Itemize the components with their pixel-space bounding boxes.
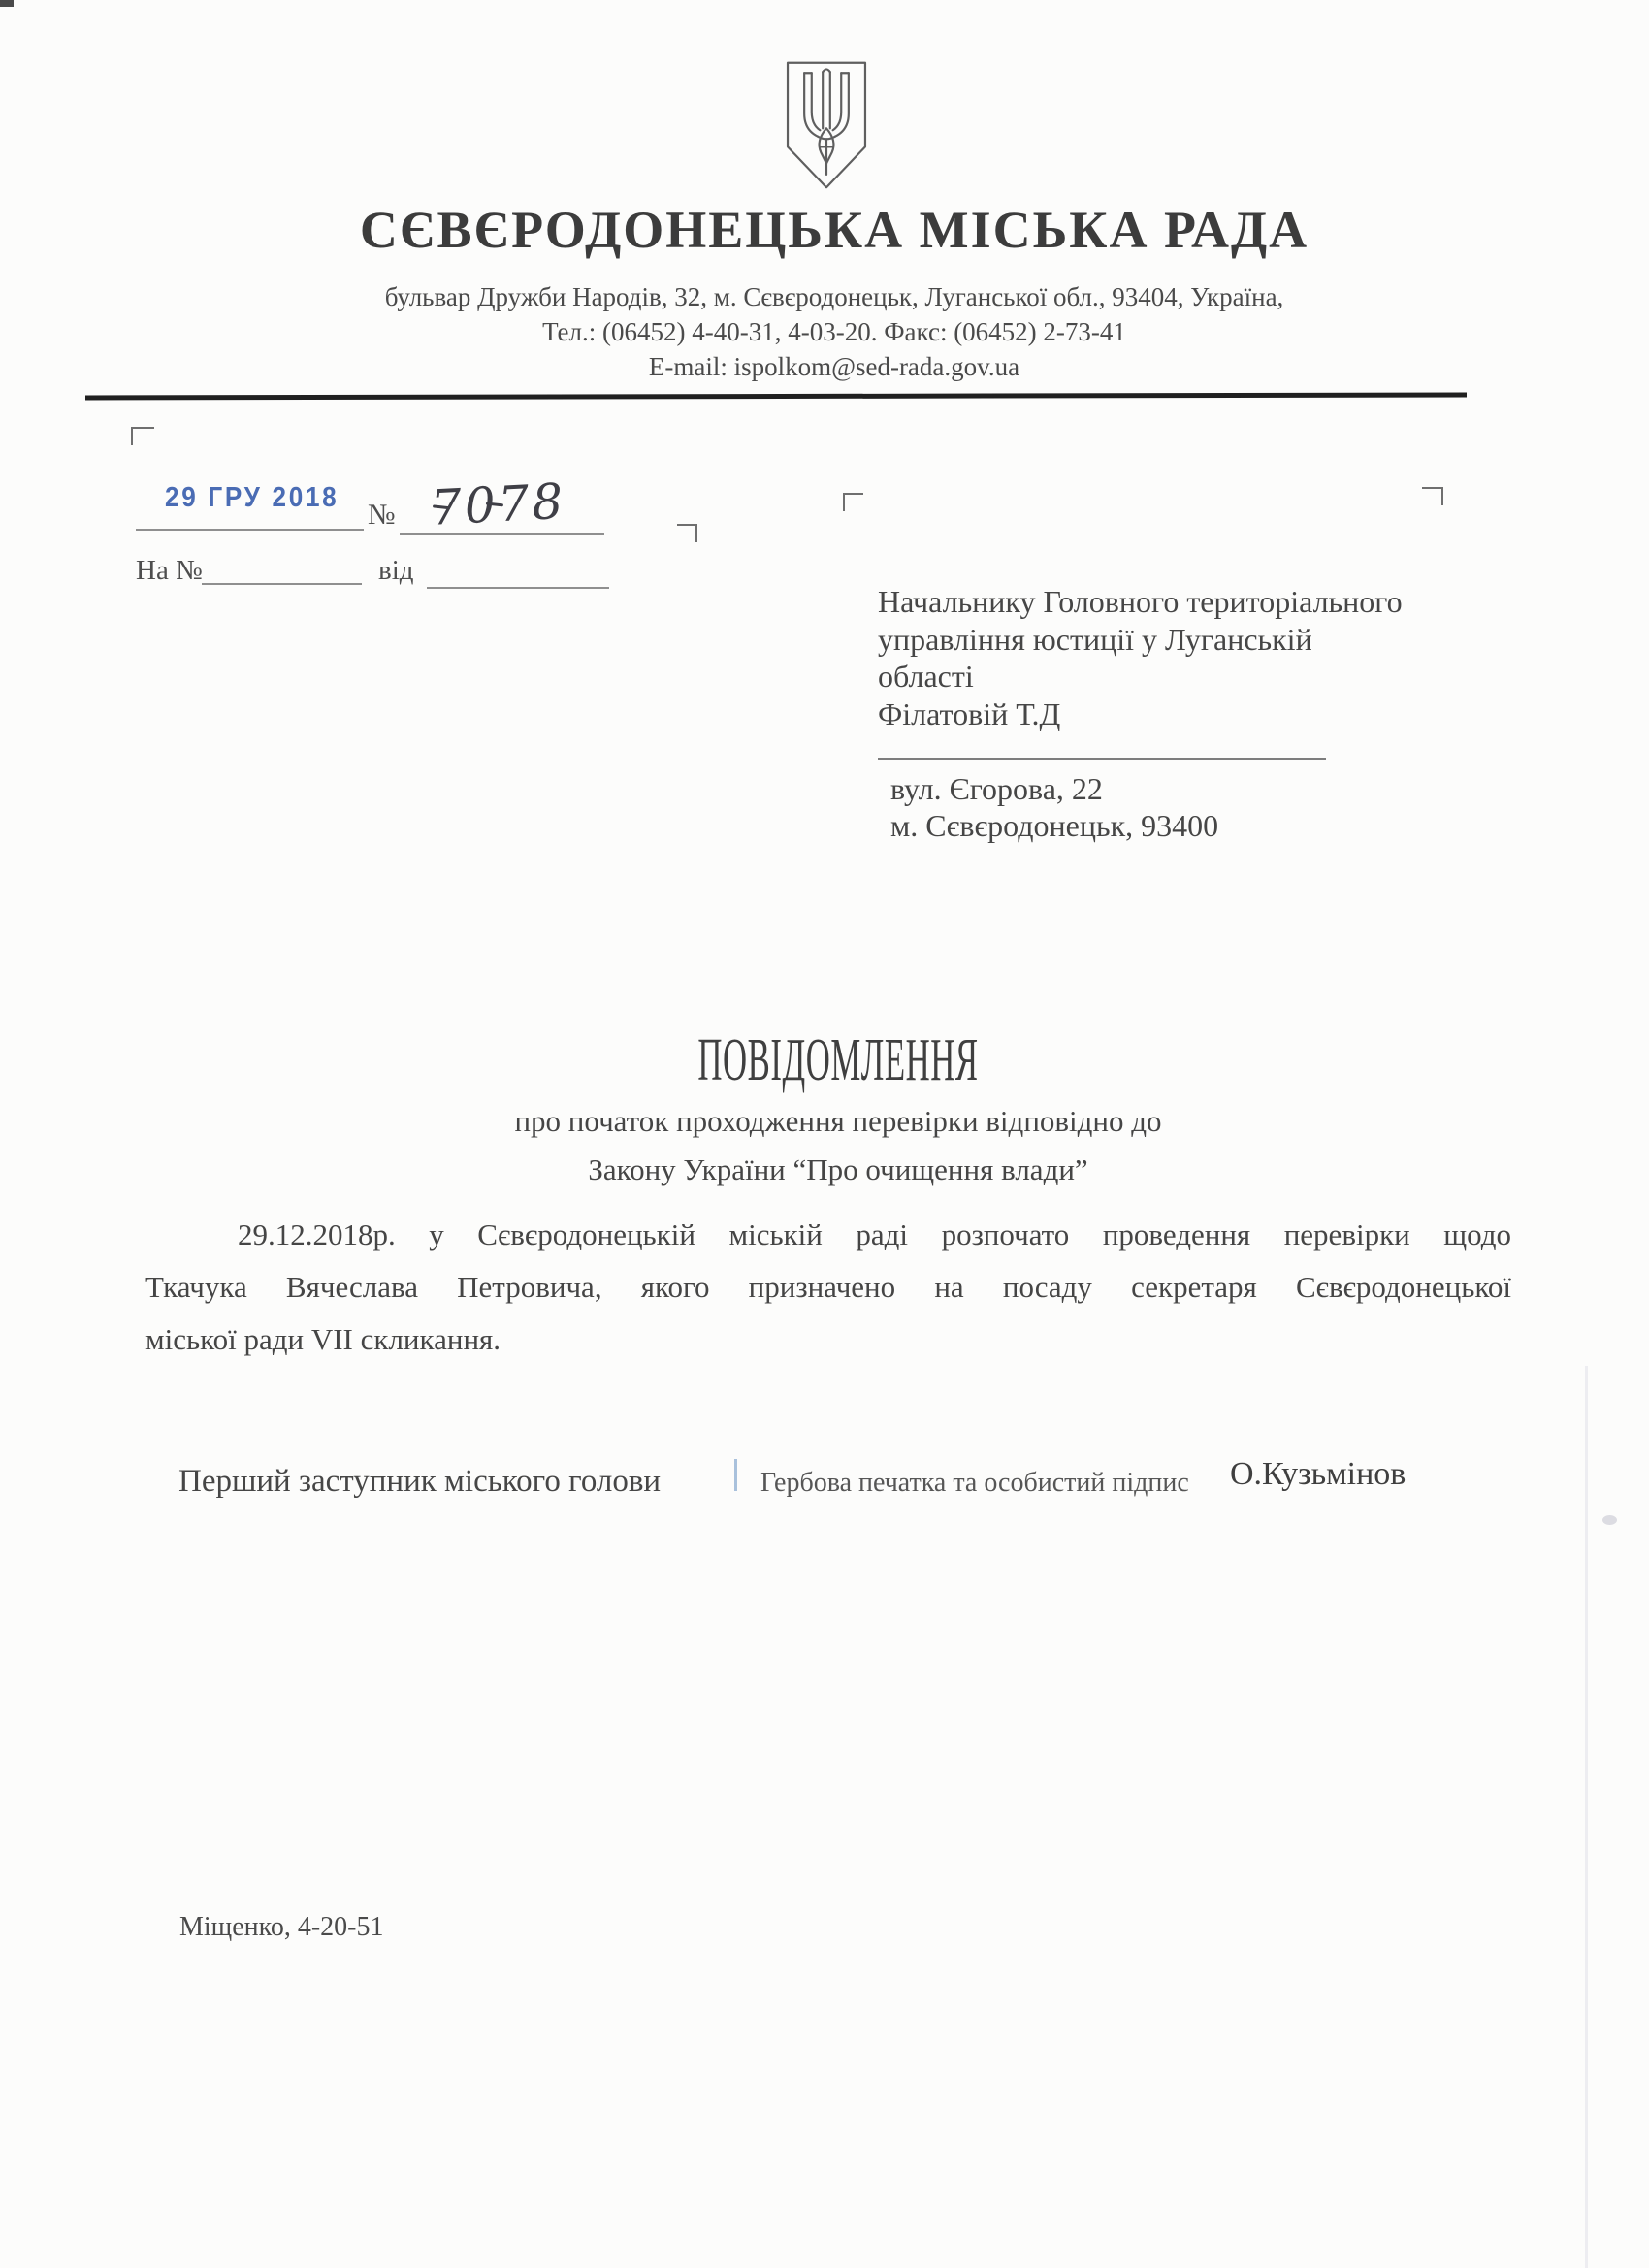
document-subtitle-line1: про початок проходження перевірки відпов…	[14, 1104, 1649, 1139]
recipient-line: області	[878, 658, 1479, 696]
incoming-number-label: На №	[136, 555, 203, 587]
tryzub-emblem-icon	[780, 58, 873, 192]
crop-corner-mark-recipient-left	[843, 493, 863, 511]
letterhead-address: бульвар Дружби Народів, 32, м. Сєвєродон…	[10, 279, 1649, 384]
document-subtitle-line2: Закону України “Про очищення влади”	[14, 1152, 1649, 1187]
scan-corner-artifact	[0, 0, 14, 7]
crop-corner-mark-number-zone	[677, 524, 697, 542]
address-line-3: E-mail: ispolkom@sed-rada.gov.ua	[10, 349, 1649, 384]
cursor-artifact	[734, 1459, 737, 1491]
scanned-letter-page: СЄВЄРОДОНЕЦЬКА МІСЬКА РАДА бульвар Дружб…	[0, 0, 1649, 2268]
org-name-heading: СЄВЄРОДОНЕЦЬКА МІСЬКА РАДА	[0, 200, 1649, 260]
handwritten-number: 7078	[430, 474, 539, 536]
recipient-block: Начальнику Головного територіального упр…	[878, 583, 1479, 732]
recipient-divider	[878, 758, 1326, 760]
recipient-line: Начальнику Головного територіального	[878, 583, 1479, 621]
recipient-line: управління юстиції у Луганській	[878, 621, 1479, 659]
incoming-date-underline	[427, 587, 609, 589]
body-paragraph: 29.12.2018р. у Сєвєродонецькій міській р…	[145, 1209, 1511, 1366]
date-underline	[136, 529, 364, 531]
executor-contact: Міщенко, 4-20-51	[179, 1912, 383, 1943]
date-stamp: 29 ГРУ 2018	[165, 482, 339, 514]
signer-name: О.Кузьмінов	[1230, 1456, 1406, 1493]
crop-corner-mark-recipient-right	[1422, 487, 1443, 505]
address-line-1: бульвар Дружби Народів, 32, м. Сєвєродон…	[10, 279, 1649, 314]
body-line-1: 29.12.2018р. у Сєвєродонецькій міській р…	[145, 1209, 1511, 1261]
body-line-3: міської ради VII скликання.	[145, 1313, 1511, 1366]
number-label: №	[368, 499, 396, 532]
stamp-and-signature-note: Гербова печатка та особистий підпис	[760, 1468, 1189, 1499]
recipient-city: м. Сєвєродонецьк, 93400	[890, 808, 1218, 844]
signer-position-title: Перший заступник міського голови	[178, 1464, 661, 1500]
recipient-line: Філатовій Т.Д	[878, 696, 1479, 733]
crop-corner-mark-top-left	[131, 427, 154, 445]
recipient-street: вул. Єгорова, 22	[890, 771, 1103, 807]
body-line-2: Ткачука Вячеслава Петровича, якого призн…	[145, 1261, 1511, 1313]
incoming-date-label: від	[378, 555, 414, 587]
scan-edge-artifact	[1585, 1366, 1588, 2268]
address-line-2: Тел.: (06452) 4-40-31, 4-03-20. Факс: (0…	[10, 314, 1649, 349]
scan-smudge-artifact	[1602, 1515, 1617, 1525]
document-title: ПОВІДОМЛЕННЯ	[376, 1026, 1300, 1095]
letterhead-divider	[85, 393, 1467, 401]
number-underline	[400, 533, 604, 535]
incoming-number-underline	[202, 583, 362, 585]
